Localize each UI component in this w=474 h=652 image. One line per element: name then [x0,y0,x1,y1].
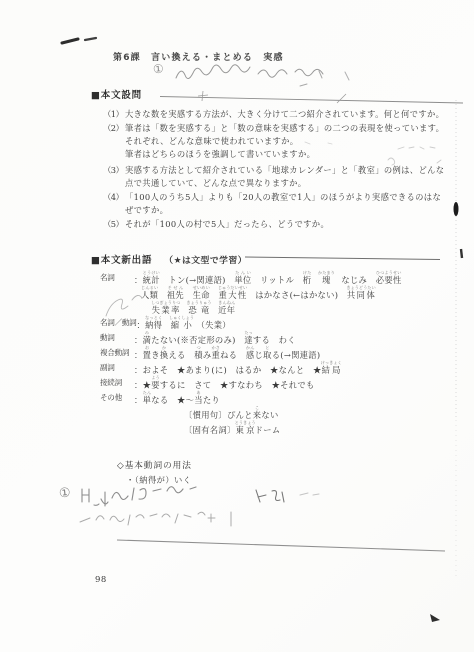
vocab-list: 名詞：統計とうけい トン(→関連語) 単位たんい リットル 桁けた 塊かたまり … [100,270,464,435]
question-line: それが「100人の村で5人」だったら、どうですか。 [125,218,329,231]
questions-rule [160,97,463,104]
vocab-row: その他：単たんなる ★～当あたり〔慣用句〕ぴんと来こない〔固有名詞〕東京とうきょ… [100,390,464,435]
vocab-word: 単位たんい [234,275,251,285]
pencil-underline [117,540,445,551]
lesson-header: 第6課 言い換える・まとめる 実感 [113,50,284,63]
vocab-section-note: （★は文型で学習） [164,256,247,266]
vocab-row-label: 副詞 [100,360,134,375]
question-line: 点で共通していて、どんな点で異なりますか。 [125,177,444,190]
vocab-rule [245,249,462,260]
usage-section-title: ◇基本動詞の用法 [117,458,192,471]
question-item: （1）大きな数を実感する方法が、大きく分けて二つ紹介されています。何と何ですか。 [103,108,459,121]
vocab-row-label: その他 [100,390,134,405]
question-line: 筆者はどちらのほうを強調して書いていますか。 [125,148,444,161]
question-line: 筆者は「数を実感する」と「数の意味を実感する」の二つの表現を使っています。 [125,122,444,135]
question-item: （3）実感する方法として紹介されている「地球カレンダー」と「教室」の例は、どんな… [103,164,459,190]
questions-list: （1）大きな数を実感する方法が、大きく分けて二つ紹介されています。何と何ですか。… [103,108,459,232]
question-line: 「100人のうち5人」よりも「20人の教室で1人」のほうがより実感できるのはな [125,191,441,204]
vocab-row: 接続詞：★要ようするに さて ★すなわち ★それでも [100,375,464,390]
vocab-line: ：およそ ★あまり(に) はるか ★なんと ★結局けっきょく [134,360,342,375]
vocab-word: 取と [263,350,272,360]
vocab-word: 来こ [253,410,262,420]
vocab-word: 必要性ひつようせい [376,275,402,285]
question-line: それぞれ、どんな意味で使われていますか。 [125,135,444,148]
question-item: （5）それが「100人の村で5人」だったら、どうですか。 [103,218,459,231]
handwritten-circled-one-top: ① [153,62,165,77]
vocab-word: 満み [143,335,152,345]
vocab-line: 〔慣用句〕ぴんと来こない [134,405,280,420]
vocab-row-label: 複合動詞 [100,345,134,360]
vocab-row: 副詞：およそ ★あまり(に) はるか ★なんと ★結局けっきょく [100,360,464,375]
vocab-word: 要よう [151,380,160,390]
question-line: 実感する方法として紹介されている「地球カレンダー」と「教室」の例は、どんな [125,164,444,177]
vocab-word: 人類じんるい [141,290,158,300]
vocab-word: 東京とうきょう [236,425,255,435]
vocab-word: 統計とうけい [143,275,160,285]
handwritten-note-bottom-2 [80,512,231,526]
vocab-word: 結局けっきょく [322,365,342,375]
vocab-row: 動詞：満みたない(※否定形のみ) 達たっする わく [100,330,464,345]
vocab-word: 生命せいめい [193,290,210,300]
vocab-line: ：納得なっとく 縮小しゅくしょう （失業） [136,315,230,330]
vocab-word: 共同体きょうどうたい [347,290,376,300]
question-item: （4）「100人のうち5人」よりも「20人の教室で1人」のほうがより実感できるの… [103,191,459,217]
vocab-word: 重かさ [211,350,220,360]
vocab-word: 重大性じゅうだいせい [218,290,246,300]
pencil-marks-on-rule [198,91,346,103]
vocab-word: 単たん [143,395,152,405]
question-number: （5） [103,218,125,231]
vocab-word: 恐竜きょうりゅう [188,305,209,315]
vocab-word: 納得なっとく [145,320,162,330]
handwritten-note-bottom-1 [82,487,319,506]
question-item: （2）筆者は「数を実感する」と「数の意味を実感する」の二つの表現を使っています。… [103,122,459,161]
vocab-word: 桁けた [303,275,312,285]
question-number: （2） [103,122,125,135]
vocab-word: 換か [160,350,169,360]
question-number: （4） [103,191,125,204]
vocab-line: 人類じんるい 祖先そせん 生命せいめい 重大性じゅうだいせい はかなさ(←はかな… [134,285,402,300]
vocab-word: 失業率しつぎょうりつ [151,305,180,315]
vocab-section-header: ■本文新出語（★は文型で学習） [91,248,247,267]
vocab-word: 感かん [246,350,255,360]
vocab-row-label: 名詞 [100,270,134,285]
question-line: 大きな数を実感する方法が、大きく分けて二つ紹介されています。何と何ですか。 [125,108,444,121]
vocab-line: ：★要ようするに さて ★すなわち ★それでも [134,375,315,390]
page-number: 98 [95,575,107,585]
handwritten-circled-one-bottom: ① [58,485,71,501]
vocab-row-label: 接続詞 [100,375,134,390]
vocab-line: ：置おき換かえる 積つみ重かさねる 感かんじ取とる(→関連語) [134,345,320,360]
scan-ink-marks [62,38,96,43]
vocab-word: 達たっ [244,335,253,345]
vocab-row-label: 動詞 [100,330,134,345]
vocab-row: 複合動詞：置おき換かえる 積つみ重かさねる 感かんじ取とる(→関連語) [100,345,464,360]
vocab-word: 塊かたまり [320,275,333,285]
handwritten-note-top [176,65,349,86]
vocab-line: 〔固有名詞〕東京とうきょうドーム [134,420,280,435]
vocab-row: 名詞：統計とうけい トン(→関連語) 単位たんい リットル 桁けた 塊かたまり … [100,270,464,315]
vocab-row-label: 名詞／動詞 [100,315,136,330]
scanned-page: 第6課 言い換える・まとめる 実感 ■本文設問 （1）大きな数を実感する方法が、… [0,0,474,652]
questions-section-title: ■本文設問 [91,87,142,101]
vocab-word: 祖先そせん [167,290,184,300]
question-number: （1） [103,108,125,121]
vocab-line: ：単たんなる ★～当あたり [134,390,280,405]
vocab-line: ：統計とうけい トン(→関連語) 単位たんい リットル 桁けた 塊かたまり なじ… [134,270,402,285]
vocab-word: 当あ [194,395,203,405]
vocab-word: 近年きんねん [218,305,235,315]
usage-item: ・（納得が）いく [126,474,191,486]
vocab-word: 縮小しゅくしょう [171,320,192,330]
vocab-word: 置お [143,350,152,360]
vocab-line: 失業率しつぎょうりつ 恐竜きょうりゅう 近年きんねん [134,300,402,315]
vocab-section-title: ■本文新出語 [91,255,152,266]
questions-section-title-text: ■本文設問 [91,90,142,101]
vocab-word: 積つ [194,350,203,360]
vocab-line: ：満みたない(※否定形のみ) 達たっする わく [134,330,296,345]
vocab-row: 名詞／動詞：納得なっとく 縮小しゅくしょう （失業） [100,315,464,330]
question-number: （3） [103,164,125,177]
question-line: ぜですか。 [125,204,441,217]
